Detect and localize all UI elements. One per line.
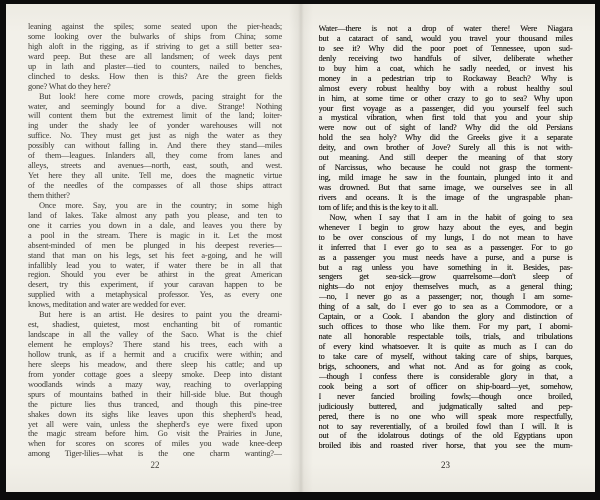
text-line: of every kind whatsoever. It is quite as… <box>319 342 573 352</box>
text-line: woodlands winds a mazy way, reaching to … <box>28 380 282 390</box>
text-line: land of lakes. Take almost any path you … <box>28 211 282 221</box>
text-line: —no, I never go as a passenger; nor, tho… <box>319 292 573 302</box>
text-line: to see it? Why did the poor poet of Tenn… <box>319 44 573 54</box>
text-line: up in lath and plaster—tied to counters,… <box>28 62 282 72</box>
text-line: thing of a salt, do I ever go to sea as … <box>319 302 573 312</box>
text-line: yet all were vain, unless the shepherd's… <box>28 420 282 430</box>
text-line: money in a pedestrian trip to Rockaway B… <box>319 74 573 84</box>
text-line: landscape in all the valley of the Saco.… <box>28 330 282 340</box>
text-line: infallibly lead you to water, if water t… <box>28 261 282 271</box>
text-line: high aloft in the rigging, as if strivin… <box>28 42 282 52</box>
text-line: a pool in the stream. There is magic in … <box>28 231 282 241</box>
text-line: nights—do not enjoy themselves much, as … <box>319 282 573 292</box>
text-line: rivers and oceans. It is the image of th… <box>319 193 573 203</box>
text-line: —though I confess there is considerable … <box>319 372 573 382</box>
text-line: of Narcissus, who because he could not g… <box>319 163 573 173</box>
text-line: I never fancied broiling fowls;—though o… <box>319 392 573 402</box>
text-line: it inferred that I ever go to sea as a p… <box>319 243 573 253</box>
text-line: denly receiving two handfuls of silver, … <box>319 54 573 64</box>
text-line: ing, mild image he saw in the fountain, … <box>319 173 573 183</box>
text-line: of the needles of the compasses of all t… <box>28 181 282 191</box>
text-line: stand that man on his legs, set his feet… <box>28 251 282 261</box>
text-line: from yonder cottage goes a sleepy smoke.… <box>28 370 282 380</box>
text-line: Captain, or a Cook. I abandon the glory … <box>319 312 573 322</box>
text-line: out of the idolatrous dotings of the old… <box>319 431 573 441</box>
left-page-number: 22 <box>28 460 282 470</box>
text-line: deity, and own brother of Jove? Surely a… <box>319 143 573 153</box>
text-line: alleys, streets and avenues—north, east,… <box>28 161 282 171</box>
text-line: to take care of myself, without taking c… <box>319 352 573 362</box>
text-line: as a passenger you must needs have a pur… <box>319 253 573 263</box>
text-line: your first voyage as a passenger, did yo… <box>319 104 573 114</box>
text-line: to buy him a coat, which he sadly needed… <box>319 64 573 74</box>
text-line: one it carries you down in a dale, and l… <box>28 221 282 231</box>
text-line: brigs, schooners, and what not. And as f… <box>319 362 573 372</box>
text-line: was drowned. But that same image, we our… <box>319 183 573 193</box>
text-line: spurs of mountains bathed in their hill-… <box>28 390 282 400</box>
text-line: were now out of sight of land? Why did t… <box>319 123 573 133</box>
book-spread: leaning against the spiles; some seated … <box>6 4 595 492</box>
text-line: will content them but the extremest limi… <box>28 111 282 121</box>
text-line: but a cataract of sand, would you travel… <box>319 34 573 44</box>
text-line: nate all honorable respectable toils, tr… <box>319 332 573 342</box>
text-line: But here is an artist. He desires to pai… <box>28 310 282 320</box>
text-line: shakes down its sighs like leaves upon t… <box>28 410 282 420</box>
right-page: Water—there is not a drop of water there… <box>301 4 596 492</box>
text-line: among Tiger-lilies—what is the one charm… <box>28 449 282 459</box>
text-line: judiciously buttered, and judgmatically … <box>319 402 573 412</box>
text-line: almost every robust healthy boy with a r… <box>319 84 573 94</box>
text-line: of them—leagues. Inlanders all, they com… <box>28 151 282 161</box>
right-page-number: 23 <box>319 460 573 470</box>
text-line: knows, meditation and water are wedded f… <box>28 300 282 310</box>
text-line: absent-minded of men be plunged in his d… <box>28 241 282 251</box>
text-line: ward peep. But these are all landsmen; o… <box>28 52 282 62</box>
text-line: broiled ibis and roasted river horse, th… <box>319 441 573 451</box>
text-line: suffice. No. They must get just as nigh … <box>28 131 282 141</box>
text-line: whenever I begin to grow hazy about the … <box>319 223 573 233</box>
left-page: leaning against the spiles; some seated … <box>6 4 301 492</box>
text-line: the magic stream before him. Go visit th… <box>28 429 282 439</box>
text-line: supplied with a metaphysical professor. … <box>28 290 282 300</box>
text-line: region. Should you ever be athirst in th… <box>28 270 282 280</box>
text-line: clinched to desks. How then is this? Are… <box>28 72 282 82</box>
text-line: water, and seemingly bound for a dive. S… <box>28 102 282 112</box>
text-line: here sleeps his meadow, and there sleep … <box>28 360 282 370</box>
text-line: pered, there is no one who will speak mo… <box>319 412 573 422</box>
text-line: hollow trunk, as if a hermit and a cruci… <box>28 350 282 360</box>
text-line: leaning against the spiles; some seated … <box>28 22 282 32</box>
text-line: But look! here come more crowds, pacing … <box>28 92 282 102</box>
text-line: cook being a sort of officer on ship-boa… <box>319 382 573 392</box>
text-line: in him, at some time or other crazy to g… <box>319 94 573 104</box>
text-line: the picture lies thus tranced, and thoug… <box>28 400 282 410</box>
text-line: such offices to those who like them. For… <box>319 322 573 332</box>
scan-frame: leaning against the spiles; some seated … <box>0 0 600 500</box>
text-line: Yet here they all unite. Tell me, does t… <box>28 171 282 181</box>
text-line: desert, try this experiment, if your car… <box>28 280 282 290</box>
text-line: not to say reverentially, of a broiled f… <box>319 422 573 432</box>
text-line: to be over conscious of my lungs, I do n… <box>319 233 573 243</box>
text-line: out meaning. And still deeper the meanin… <box>319 153 573 163</box>
text-line: gone? What do they here? <box>28 82 282 92</box>
text-line: Water—there is not a drop of water there… <box>319 24 573 34</box>
text-line: a mystical vibration, when first told th… <box>319 113 573 123</box>
text-line: ing under the shady lee of yonder wareho… <box>28 121 282 131</box>
right-page-text: Water—there is not a drop of water there… <box>319 24 573 451</box>
text-line: tom of life; and this is the key to it a… <box>319 203 573 213</box>
text-line: possibly can without falling in. And the… <box>28 141 282 151</box>
text-line: when for scores on scores of miles you w… <box>28 439 282 449</box>
text-line: Now, when I say that I am in the habit o… <box>319 213 573 223</box>
text-line: Once more. Say, you are in the country; … <box>28 201 282 211</box>
left-page-text: leaning against the spiles; some seated … <box>28 22 282 459</box>
text-line: sengers get sea-sick—grow quarrelsome—do… <box>319 272 573 282</box>
text-line: est, shadiest, quietest, most enchanting… <box>28 320 282 330</box>
text-line: hold the sea holy? Why did the Greeks gi… <box>319 133 573 143</box>
text-line: but a rag unless you have something in i… <box>319 263 573 273</box>
text-line: element he employs? There stand his tree… <box>28 340 282 350</box>
text-line: some looking over the bulwarks of ships … <box>28 32 282 42</box>
text-line: them thither? <box>28 191 282 201</box>
